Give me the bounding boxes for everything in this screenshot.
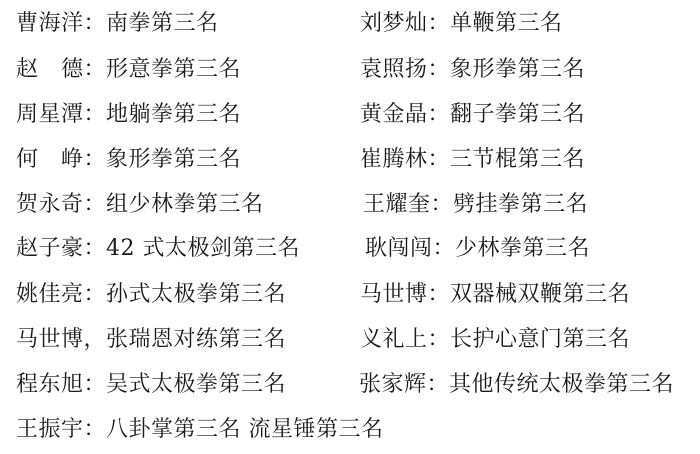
athlete-name: 崔腾林 (360, 147, 428, 172)
award-entry: 曹海洋：南拳第三名 (16, 10, 219, 38)
athlete-name: 义礼上 (360, 327, 428, 352)
award-entry: 赵子豪：42 式太极剑第三名 (16, 235, 300, 263)
award-text: 象形拳第三名 (450, 57, 585, 82)
athlete-name: 黄金晶 (360, 102, 428, 127)
award-entry: 王振宇：八卦掌第三名 流星锤第三名 (16, 416, 384, 444)
separator: ： (427, 372, 450, 397)
award-entry: 姚佳亮：孙式太极拳第三名 (16, 281, 286, 309)
athlete-name: 袁照扬 (360, 57, 428, 82)
separator: ： (84, 372, 107, 397)
award-text: 其他传统太极拳第三名 (449, 372, 674, 397)
separator: ： (428, 57, 451, 82)
athlete-name: 姚佳亮 (16, 282, 84, 307)
award-text: 长护心意门第三名 (450, 327, 630, 352)
award-entry: 何 峥：象形拳第三名 (16, 146, 241, 174)
award-entry: 黄金晶：翻子拳第三名 (360, 101, 585, 129)
separator: ： (84, 57, 107, 82)
athlete-name: 王振宇 (16, 417, 84, 442)
separator: ： (428, 102, 451, 127)
athlete-name: 马世博 (16, 327, 84, 352)
athlete-name: 何 峥 (16, 147, 84, 172)
athlete-name: 王耀奎 (363, 192, 431, 217)
separator: ： (428, 147, 451, 172)
award-text: 翻子拳第三名 (450, 102, 585, 127)
award-entry: 周星潭：地躺拳第三名 (16, 101, 241, 129)
award-entry: 程东旭：吴式太极拳第三名 (16, 371, 286, 399)
athlete-name: 赵 德 (16, 57, 84, 82)
award-text: 南拳第三名 (106, 11, 219, 36)
award-entry: 马世博：双器械双鞭第三名 (360, 281, 630, 309)
award-text: 形意拳第三名 (106, 57, 241, 82)
athlete-name: 刘梦灿 (360, 11, 428, 36)
athlete-name: 曹海洋 (16, 11, 84, 36)
award-text: 吴式太极拳第三名 (106, 372, 286, 397)
separator: ： (428, 282, 451, 307)
award-text: 三节棍第三名 (450, 147, 585, 172)
award-entry: 王耀奎：劈挂拳第三名 (363, 191, 588, 219)
award-text: 42 式太极剑第三名 (106, 236, 300, 261)
award-text: 单鞭第三名 (450, 11, 563, 36)
award-text: 组少林拳第三名 (106, 192, 264, 217)
separator: ： (428, 11, 451, 36)
athlete-name: 程东旭 (16, 372, 84, 397)
award-text: 孙式太极拳第三名 (106, 282, 286, 307)
award-text: 地躺拳第三名 (106, 102, 241, 127)
separator: ： (84, 102, 107, 127)
separator: ， (84, 327, 107, 352)
award-text: 双器械双鞭第三名 (450, 282, 630, 307)
separator: ： (84, 11, 107, 36)
athlete-name: 赵子豪 (16, 236, 84, 261)
award-text: 少林拳第三名 (455, 236, 590, 261)
separator: ： (84, 147, 107, 172)
athlete-name: 张家辉 (359, 372, 427, 397)
athlete-name: 周星潭 (16, 102, 84, 127)
award-entry: 耿闯闯：少林拳第三名 (365, 235, 590, 263)
award-entry: 崔腾林：三节棍第三名 (360, 146, 585, 174)
separator: ： (84, 282, 107, 307)
award-entry: 张家辉：其他传统太极拳第三名 (359, 371, 674, 399)
award-entry: 马世博，张瑞恩对练第三名 (16, 326, 286, 354)
separator: ： (428, 327, 451, 352)
award-text: 劈挂拳第三名 (453, 192, 588, 217)
separator: ： (84, 192, 107, 217)
award-entry: 刘梦灿：单鞭第三名 (360, 10, 563, 38)
award-entry: 贺永奇：组少林拳第三名 (16, 191, 264, 219)
award-text: 八卦掌第三名 流星锤第三名 (106, 417, 384, 442)
athlete-name: 贺永奇 (16, 192, 84, 217)
award-text: 张瑞恩对练第三名 (106, 327, 286, 352)
award-text: 象形拳第三名 (106, 147, 241, 172)
award-entry: 袁照扬：象形拳第三名 (360, 56, 585, 84)
award-entry: 义礼上：长护心意门第三名 (360, 326, 630, 354)
award-entry: 赵 德：形意拳第三名 (16, 56, 241, 84)
separator: ： (84, 417, 107, 442)
athlete-name: 耿闯闯 (365, 236, 433, 261)
separator: ： (84, 236, 107, 261)
separator: ： (433, 236, 456, 261)
athlete-name: 马世博 (360, 282, 428, 307)
separator: ： (431, 192, 454, 217)
